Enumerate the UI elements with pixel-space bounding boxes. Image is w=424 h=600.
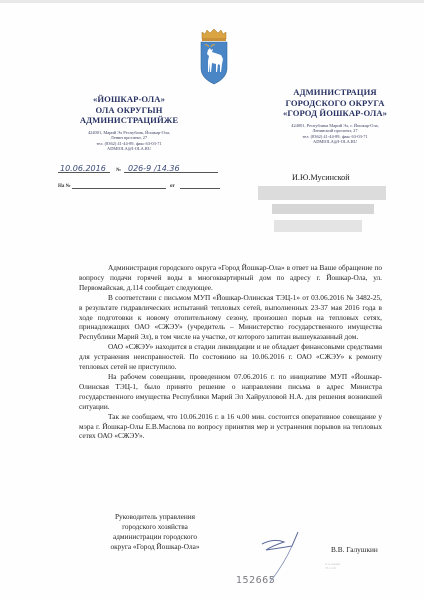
header-left-address: 424001, Марий Эл Республик, Йошкар-Ола, …: [40, 130, 218, 152]
outgoing-registration-row: 10.06.2016 № 026-9 /14.36: [58, 163, 218, 175]
email-line: ADMIOLA@I-OLA.RU: [246, 139, 424, 144]
redacted-line: [274, 220, 362, 232]
document-number: 152665: [236, 575, 275, 586]
addressee-name: И.Ю.Мусинской: [292, 173, 350, 182]
header-left-title-line: ОЛА ОКРУГЫН: [40, 105, 218, 116]
scan-edge: [0, 0, 424, 3]
redacted-line: [272, 204, 374, 214]
header-right-title-line: АДМИНИСТРАЦИЯ: [246, 87, 424, 98]
body-paragraph: Администрация городского округа «Город Й…: [79, 263, 382, 293]
signatory-role: Руководитель управления городского хозяй…: [96, 512, 214, 552]
coat-of-arms-elk-icon: [199, 28, 229, 86]
body-paragraph: На рабочем совещании, проведенном 07.06.…: [79, 372, 382, 412]
reference-row: На № от: [58, 179, 218, 191]
ref-number-underline: [72, 188, 166, 189]
registration-date: 10.06.2016: [60, 164, 106, 173]
letter-page: «ЙОШКАР-ОЛА» ОЛА ОКРУГЫН АДМИНИСТРАЦИЙЖЕ…: [0, 0, 424, 600]
executor-phone: 78-11-06: [325, 566, 351, 570]
header-left-title-line: АДМИНИСТРАЦИЙЖЕ: [40, 115, 218, 126]
email-line: ADMIOLA@I-OLA.RU: [40, 146, 218, 151]
role-line: городского хозяйства: [96, 522, 214, 532]
number-label: №: [116, 168, 121, 173]
signatory-name: В.В. Галушкин: [331, 545, 378, 554]
registration-number: 026-9: [128, 164, 151, 173]
role-line: округа «Город Йошкар-Ола»: [96, 542, 214, 552]
body-paragraph: В соответствии с письмом МУП «Йошкар-Оли…: [79, 293, 382, 343]
header-right-title-line: «ГОРОД ЙОШКАР-ОЛА»: [246, 108, 424, 119]
header-left-org: «ЙОШКАР-ОЛА» ОЛА ОКРУГЫН АДМИНИСТРАЦИЙЖЕ…: [40, 94, 218, 151]
header-right-address: 424001, Республика Марий Эл, г. Йошкар-О…: [246, 123, 424, 145]
redacted-line: [258, 186, 386, 200]
letter-body: Администрация городского округа «Город Й…: [79, 263, 382, 441]
from-label: от: [170, 184, 175, 189]
registration-number-suffix: /14.36: [154, 164, 180, 173]
executor-note: П.А.ммммм 78-11-06: [325, 562, 351, 570]
from-date-underline: [180, 188, 220, 189]
header-left-title-line: «ЙОШКАР-ОЛА»: [40, 94, 218, 105]
header-right-title-line: ГОРОДСКОГО ОКРУГА: [246, 98, 424, 109]
registration-block: 10.06.2016 № 026-9 /14.36 На № от: [58, 163, 218, 191]
ref-label: На №: [58, 184, 71, 189]
header-right-org: АДМИНИСТРАЦИЯ ГОРОДСКОГО ОКРУГА «ГОРОД Й…: [246, 87, 424, 144]
body-paragraph: ОАО «СЖЭУ» находится в стадии ликвидации…: [79, 342, 382, 372]
role-line: Руководитель управления: [96, 512, 214, 522]
body-paragraph: Так же сообщаем, что 10.06.2016 г. в 16 …: [79, 412, 382, 442]
role-line: администрации городского: [96, 532, 214, 542]
